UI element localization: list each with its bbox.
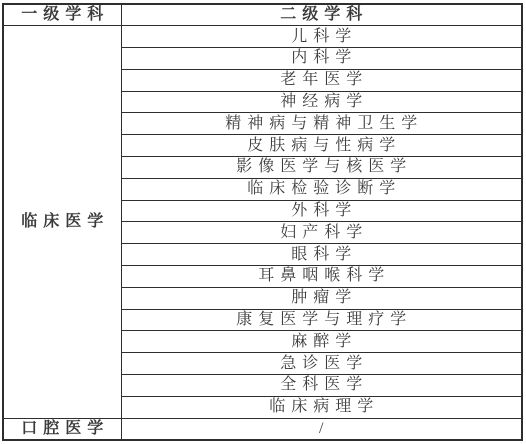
header-cell-first-level: 一级学科 [3, 4, 121, 26]
first-level-cell-clinical-medicine: 临床医学 [3, 26, 121, 418]
second-level-cell: 眼科学 [121, 244, 522, 266]
second-level-cell: 全科医学 [121, 375, 522, 397]
table-row: 口腔医学 / [3, 418, 522, 440]
table-row: 临床医学 儿科学 [3, 26, 522, 48]
second-level-cell: 麻醉学 [121, 331, 522, 353]
second-level-cell: 神经病学 [121, 91, 522, 113]
second-level-cell: 影像医学与核医学 [121, 157, 522, 179]
second-level-cell: 急诊医学 [121, 353, 522, 375]
header-cell-second-level: 二级学科 [121, 4, 522, 26]
second-level-cell: 康复医学与理疗学 [121, 309, 522, 331]
second-level-cell: 临床病理学 [121, 396, 522, 418]
first-level-cell-stomatology: 口腔医学 [3, 418, 121, 440]
second-level-cell: 皮肤病与性病学 [121, 135, 522, 157]
second-level-cell: 妇产科学 [121, 222, 522, 244]
document-page: 一级学科 二级学科 临床医学 儿科学 内科学 老年医学 神经病学 精神病与精神卫… [0, 0, 526, 444]
second-level-cell: 内科学 [121, 48, 522, 70]
second-level-cell: 儿科学 [121, 26, 522, 48]
second-level-cell-empty: / [121, 418, 522, 440]
table-header-row: 一级学科 二级学科 [3, 4, 522, 26]
second-level-cell: 临床检验诊断学 [121, 178, 522, 200]
second-level-cell: 肿瘤学 [121, 287, 522, 309]
second-level-cell: 老年医学 [121, 69, 522, 91]
second-level-cell: 耳鼻咽喉科学 [121, 266, 522, 288]
second-level-cell: 精神病与精神卫生学 [121, 113, 522, 135]
discipline-table: 一级学科 二级学科 临床医学 儿科学 内科学 老年医学 神经病学 精神病与精神卫… [2, 3, 523, 441]
second-level-cell: 外科学 [121, 200, 522, 222]
